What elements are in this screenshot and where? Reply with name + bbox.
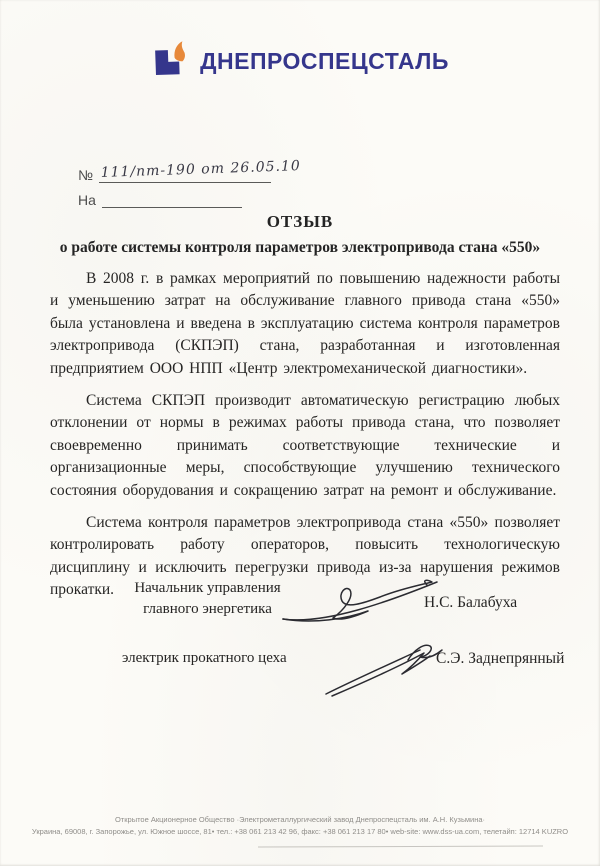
letterhead-footer: Открытое Акционерное Общество ·Электроме… <box>0 814 600 838</box>
ref-na-line <box>102 189 242 208</box>
footer-address-line: Украина, 69008, г. Запорожье, ул. Южное … <box>0 826 600 838</box>
footer-company-line: Открытое Акционерное Общество ·Электроме… <box>0 814 600 826</box>
ref-number-handwritten: 111/пт-190 от 26.05.10 <box>100 158 301 181</box>
paragraph-2: Система СКПЭП производит автоматическую … <box>50 390 560 502</box>
document-subtitle: о работе системы контроля параметров эле… <box>0 239 600 257</box>
company-logo-icon <box>151 40 191 82</box>
reference-na-row: На <box>78 189 271 208</box>
signature-zadnepryanny-icon <box>322 638 447 700</box>
paragraph-1: В 2008 г. в рамках мероприятий по повыше… <box>50 268 560 380</box>
company-logo: ДНЕПРОСПЕЦСТАЛЬ <box>0 40 600 82</box>
signature2-name: С.Э. Заднепрянный <box>436 650 564 668</box>
signature-balabukha-icon <box>280 575 440 627</box>
signature1-name: Н.С. Балабуха <box>424 594 517 612</box>
scanned-letter-page: ДНЕПРОСПЕЦСТАЛЬ № 111/пт-190 от 26.05.10… <box>0 0 600 866</box>
document-body: В 2008 г. в рамках мероприятий по повыше… <box>50 268 560 612</box>
reference-number-row: № 111/пт-190 от 26.05.10 <box>78 164 271 183</box>
signature2-position: электрик прокатного цеха <box>122 650 287 667</box>
ref-number-label: № <box>78 167 93 183</box>
scan-artifact-line <box>258 846 543 848</box>
company-logo-text: ДНЕПРОСПЕЦСТАЛЬ <box>200 48 449 75</box>
document-title: ОТЗЫВ <box>0 212 600 232</box>
ref-number-line: 111/пт-190 от 26.05.10 <box>99 164 271 183</box>
reference-block: № 111/пт-190 от 26.05.10 На <box>78 164 271 214</box>
ref-na-label: На <box>78 192 96 208</box>
